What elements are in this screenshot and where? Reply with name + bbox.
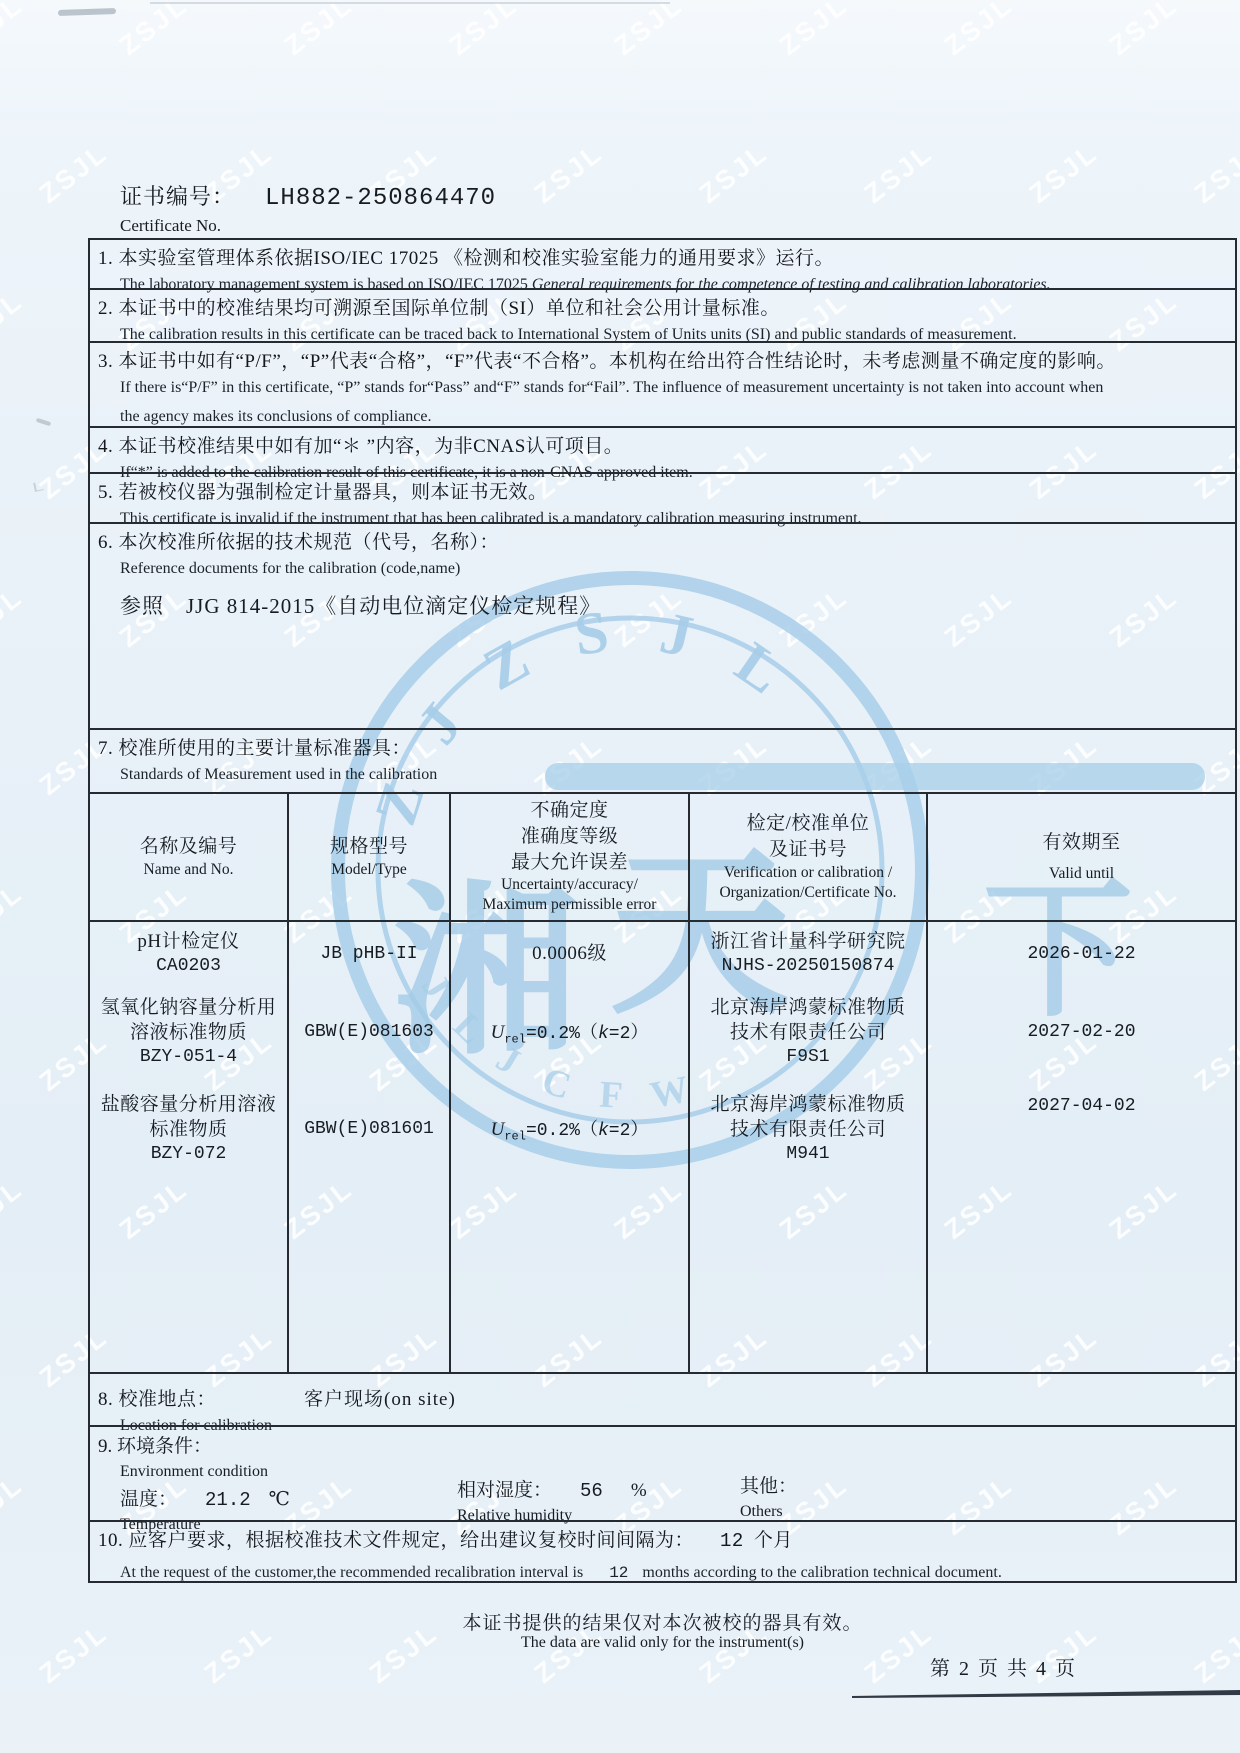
watermark-tile: ZSJL — [0, 877, 29, 949]
table-row-2-uncertainty: Urel=0.2%（k=2） — [451, 986, 690, 1078]
watermark-tile: ZSJL — [1189, 137, 1240, 209]
others-label-en: Others — [740, 1503, 797, 1521]
clause-4: 4. 本证书校准结果中如有加“＊ ”内容，为非CNAS认可项目。 If“*” i… — [88, 426, 1237, 474]
footer-validity-cn: 本证书提供的结果仅对本次被校的器具有效。 — [88, 1608, 1237, 1635]
watermark-tile: ZSJL — [774, 0, 855, 62]
certificate-no-value: LH882-250864470 — [265, 185, 496, 212]
row-2-valid-until: 2027-02-20 — [1027, 1020, 1135, 1044]
row-1-uncertainty: 0.0006级 — [532, 941, 607, 966]
row-1-name-line1: pH计检定仪 — [137, 929, 239, 954]
watermark-tile: ZSJL — [939, 0, 1020, 62]
col-header-uncertainty-en1: Uncertainty/accuracy/ — [501, 875, 638, 895]
reference-document: 参照 JJG 814-2015《自动电位滴定仪检定规程》 — [120, 590, 1225, 620]
watermark-tile: ZSJL — [0, 581, 29, 653]
clause-9-environment: 9. 环境条件： Environment condition 温度：21.2℃ … — [88, 1425, 1237, 1522]
row-3-name-line2: 标准物质 — [149, 1117, 227, 1142]
table-empty-cell — [690, 1180, 928, 1372]
row-1-model: JB pHB-II — [320, 942, 417, 966]
clause-7-standards: 7. 校准所使用的主要计量标准器具： Standards of Measurem… — [88, 728, 1237, 1374]
col-header-valid-until: 有效期至 Valid until — [928, 794, 1235, 922]
watermark-tile: ZSJL — [0, 1173, 29, 1245]
temperature-line: 温度：21.2℃ — [120, 1484, 290, 1511]
certificate-no-label-en: Certificate No. — [120, 216, 496, 236]
watermark-tile: ZSJL — [34, 137, 115, 209]
clause-5-cn: 5. 若被校仪器为强制检定计量器具，则本证书无效。 — [98, 480, 1225, 507]
table-row-2-organization: 北京海岸鸿蒙标准物质 技术有限责任公司 F9S1 — [690, 986, 928, 1078]
col-header-org-cn2: 及证书号 — [769, 837, 847, 863]
scan-mark — [33, 481, 44, 492]
col-header-uncertainty-en2: Maximum permissible error — [483, 895, 657, 915]
table-empty-cell — [90, 1180, 289, 1372]
col-header-valid-cn: 有效期至 — [1042, 830, 1120, 856]
watermark-tile: ZSJL — [529, 137, 610, 209]
others-label-cn: 其他： — [740, 1471, 797, 1498]
clause-6-en: Reference documents for the calibration … — [120, 557, 1225, 580]
col-header-name-cn: 名称及编号 — [140, 834, 238, 860]
recalibration-en: At the request of the customer,the recom… — [120, 1561, 583, 1584]
row-3-valid-until: 2027-04-02 — [1027, 1094, 1135, 1118]
table-row-1-valid: 2026-01-22 — [928, 922, 1235, 986]
row-1-org-line1: 浙江省计量科学研究院 — [710, 929, 905, 954]
row-2-name-line2: 溶液标准物质 — [130, 1020, 247, 1045]
col-header-model: 规格型号 Model/Type — [289, 794, 451, 922]
col-header-valid-en: Valid until — [1049, 864, 1114, 884]
page-number: 第 2 页 共 4 页 — [930, 1652, 1077, 1681]
clause-2: 2. 本证书中的校准结果均可溯源至国际单位制（SI）单位和社会公用计量标准。 T… — [88, 288, 1237, 343]
recalibration-interval-value: 12 — [720, 1528, 744, 1555]
clause-5: 5. 若被校仪器为强制检定计量器具，则本证书无效。 This certifica… — [88, 472, 1237, 524]
col-header-org-en1: Verification or calibration / — [724, 863, 892, 883]
location-value: 客户现场(on site) — [304, 1384, 456, 1411]
watermark-tile: ZSJL — [0, 0, 29, 62]
row-1-org-line2: NJHS-20250150874 — [722, 954, 895, 978]
clause-1-cn: 1. 本实验室管理体系依据ISO/IEC 17025 《检测和校准实验室能力的通… — [98, 246, 1225, 273]
scan-edge-line — [150, 2, 670, 4]
watermark-tile: ZSJL — [859, 137, 940, 209]
watermark-tile: ZSJL — [279, 0, 360, 62]
watermark-tile: ZSJL — [609, 0, 690, 62]
table-row-3-model: GBW(E)081601 — [289, 1078, 451, 1180]
row-2-org-line1: 北京海岸鸿蒙标准物质 — [710, 995, 905, 1020]
table-row-3-valid: 2027-04-02 — [928, 1078, 1235, 1180]
recalibration-en-suffix: months according to the calibration tech… — [642, 1561, 1001, 1584]
watermark-tile: ZSJL — [694, 137, 775, 209]
col-header-org-en2: Organization/Certificate No. — [719, 883, 896, 903]
recalibration-interval-unit: 个月 — [754, 1528, 793, 1555]
watermark-tile: ZSJL — [114, 0, 195, 62]
table-row-2-valid: 2027-02-20 — [928, 986, 1235, 1078]
clause-1: 1. 本实验室管理体系依据ISO/IEC 17025 《检测和校准实验室能力的通… — [88, 238, 1237, 290]
humidity-block: 相对湿度：56% Relative humidity — [457, 1475, 647, 1525]
clause-stack: 1. 本实验室管理体系依据ISO/IEC 17025 《检测和校准实验室能力的通… — [88, 238, 1237, 1583]
row-2-org-line3: F9S1 — [786, 1045, 829, 1069]
clause-6-cn: 6. 本次校准所依据的技术规范（代号，名称）： — [98, 530, 1225, 557]
humidity-line: 相对湿度：56% — [457, 1475, 647, 1502]
row-3-org-line2: 技术有限责任公司 — [730, 1117, 886, 1142]
recalibration-cn: 10. 应客户要求，根据校准技术文件规定，给出建议复校时间间隔为： — [98, 1528, 694, 1555]
watermark-tile: ZSJL — [1024, 137, 1105, 209]
table-empty-cell — [451, 1180, 690, 1372]
table-row-3-uncertainty: Urel=0.2%（k=2） — [451, 1078, 690, 1180]
watermark-tile: ZSJL — [0, 285, 29, 357]
certificate-header: 证书编号： LH882-250864470 Certificate No. — [120, 180, 496, 236]
col-header-org-cn1: 检定/校准单位 — [747, 811, 870, 837]
clause-6: 6. 本次校准所依据的技术规范（代号，名称）： Reference docume… — [88, 522, 1237, 730]
col-header-uncertainty-cn3: 最大允许误差 — [511, 850, 628, 876]
environment-title-block: 9. 环境条件： Environment condition 温度：21.2℃ … — [98, 1431, 290, 1534]
table-row-1-name: pH计检定仪 CA0203 — [90, 922, 289, 986]
clause-7-en: Standards of Measurement used in the cal… — [120, 763, 1225, 786]
certificate-page: ZSJLZSJLZSJLZSJLZSJLZSJLZSJLZSJLZSJLZSJL… — [0, 0, 1240, 1753]
col-header-name-en: Name and No. — [144, 860, 234, 880]
clause-2-cn: 2. 本证书中的校准结果均可溯源至国际单位制（SI）单位和社会公用计量标准。 — [98, 296, 1225, 323]
col-header-name: 名称及编号 Name and No. — [90, 794, 289, 922]
footer-validity-en: The data are valid only for the instrume… — [88, 1634, 1237, 1652]
row-3-model: GBW(E)081601 — [304, 1117, 434, 1141]
row-1-valid-until: 2026-01-22 — [1027, 942, 1135, 966]
scan-shadow-line — [852, 1690, 1240, 1698]
table-row-1-organization: 浙江省计量科学研究院 NJHS-20250150874 — [690, 922, 928, 986]
col-header-model-en: Model/Type — [331, 860, 407, 880]
others-block: 其他： Others — [740, 1471, 797, 1521]
table-empty-cell — [289, 1180, 451, 1372]
clause-3-en-line2: the agency makes its conclusions of comp… — [120, 405, 1225, 428]
row-3-uncertainty: Urel=0.2%（k=2） — [491, 1115, 649, 1144]
col-header-uncertainty-cn2: 准确度等级 — [521, 824, 619, 850]
watermark-tile: ZSJL — [444, 0, 525, 62]
table-row-3-organization: 北京海岸鸿蒙标准物质 技术有限责任公司 M941 — [690, 1078, 928, 1180]
table-row-3-name: 盐酸容量分析用溶液 标准物质 BZY-072 — [90, 1078, 289, 1180]
watermark-tile: ZSJL — [0, 1469, 29, 1541]
environment-title-cn: 9. 环境条件： — [98, 1431, 290, 1458]
row-3-name-line1: 盐酸容量分析用溶液 — [101, 1092, 277, 1117]
table-empty-cell — [928, 1180, 1235, 1372]
col-header-uncertainty: 不确定度 准确度等级 最大允许误差 Uncertainty/accuracy/ … — [451, 794, 690, 922]
row-3-org-line3: M941 — [786, 1142, 829, 1166]
environment-title-en: Environment condition — [120, 1463, 290, 1481]
clause-7-cn: 7. 校准所使用的主要计量标准器具： — [98, 736, 1225, 763]
col-header-uncertainty-cn1: 不确定度 — [530, 798, 608, 824]
row-2-model: GBW(E)081603 — [304, 1020, 434, 1044]
certificate-no-label: 证书编号： — [120, 180, 235, 211]
row-2-name-line1: 氢氧化钠容量分析用 — [101, 995, 277, 1020]
col-header-organization: 检定/校准单位 及证书号 Verification or calibration… — [690, 794, 928, 922]
row-1-name-line2: CA0203 — [156, 954, 221, 978]
location-label-cn: 8. 校准地点： — [98, 1387, 216, 1414]
row-2-org-line2: 技术有限责任公司 — [730, 1020, 886, 1045]
table-row-1-uncertainty: 0.0006级 — [451, 922, 690, 986]
clause-4-cn: 4. 本证书校准结果中如有加“＊ ”内容，为非CNAS认可项目。 — [98, 434, 1225, 461]
row-2-uncertainty: Urel=0.2%（k=2） — [491, 1018, 649, 1047]
row-2-name-line3: BZY-051-4 — [140, 1045, 237, 1069]
clause-3-en-line1: If there is“P/F” in this certificate, “P… — [120, 376, 1225, 399]
clause-3-cn: 3. 本证书中如有“P/F”，“P”代表“合格”，“F”代表“不合格”。本机构在… — [98, 349, 1225, 376]
clause-3: 3. 本证书中如有“P/F”，“P”代表“合格”，“F”代表“不合格”。本机构在… — [88, 341, 1237, 428]
row-3-name-line3: BZY-072 — [151, 1142, 227, 1166]
recalibration-interval-value-en: 12 — [609, 1562, 628, 1585]
col-header-model-cn: 规格型号 — [330, 834, 408, 860]
row-3-org-line1: 北京海岸鸿蒙标准物质 — [710, 1092, 905, 1117]
clause-8-location: 8. 校准地点： 客户现场(on site) Location for cali… — [88, 1372, 1237, 1427]
table-row-2-name: 氢氧化钠容量分析用 溶液标准物质 BZY-051-4 — [90, 986, 289, 1078]
watermark-tile: ZSJL — [1104, 0, 1185, 62]
table-row-1-model: JB pHB-II — [289, 922, 451, 986]
standards-table: 名称及编号 Name and No. 规格型号 Model/Type 不确定度 … — [90, 792, 1235, 1372]
table-row-2-model: GBW(E)081603 — [289, 986, 451, 1078]
clause-10-recalibration: 10. 应客户要求，根据校准技术文件规定，给出建议复校时间间隔为： 12 个月 … — [88, 1520, 1237, 1583]
